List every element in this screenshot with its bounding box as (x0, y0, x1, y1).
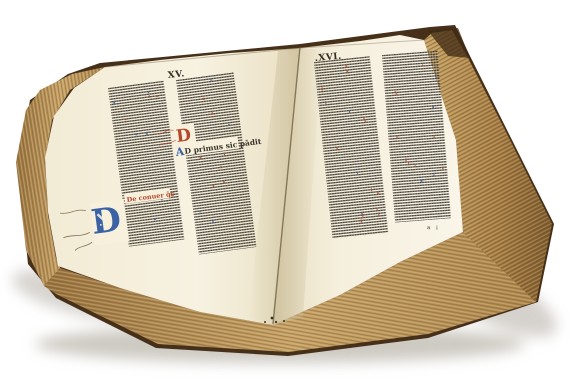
rubric-mark (156, 95, 158, 97)
photo-scene: XV. .XVI. D De conuer q̃s D A D primus s… (0, 0, 570, 389)
rubric-mark (433, 135, 434, 138)
book-photo: XV. .XVI. D De conuer q̃s D A D primus s… (0, 0, 570, 389)
rubric-mark (432, 106, 434, 109)
rubric-mark (442, 167, 444, 169)
rubric-mark (228, 124, 230, 126)
signature-mark: a i (427, 225, 440, 231)
rubric-mark (415, 164, 416, 166)
rubric-mark (394, 91, 395, 93)
rubric-mark (321, 87, 323, 90)
rubric-mark (135, 133, 137, 135)
rubric-mark (212, 220, 214, 222)
rubric-mark (202, 98, 204, 100)
left-folio-number: XV. (167, 69, 185, 81)
svg-text:D: D (175, 125, 192, 147)
rubric-mark (433, 174, 434, 176)
rubric-mark (154, 218, 156, 220)
rubric-mark (213, 185, 215, 187)
rubric-mark (396, 92, 397, 95)
rubric-mark (376, 208, 377, 210)
rubric-mark (346, 70, 348, 73)
rubric-mark (148, 95, 150, 98)
rubric-mark (422, 64, 423, 66)
rubric-mark (420, 179, 422, 182)
rubric-mark (405, 158, 407, 161)
rubric-mark (435, 76, 436, 78)
rubric-mark (125, 118, 127, 120)
rubric-mark (200, 157, 202, 159)
rubric-mark (223, 181, 225, 183)
rubric-mark (361, 212, 363, 214)
